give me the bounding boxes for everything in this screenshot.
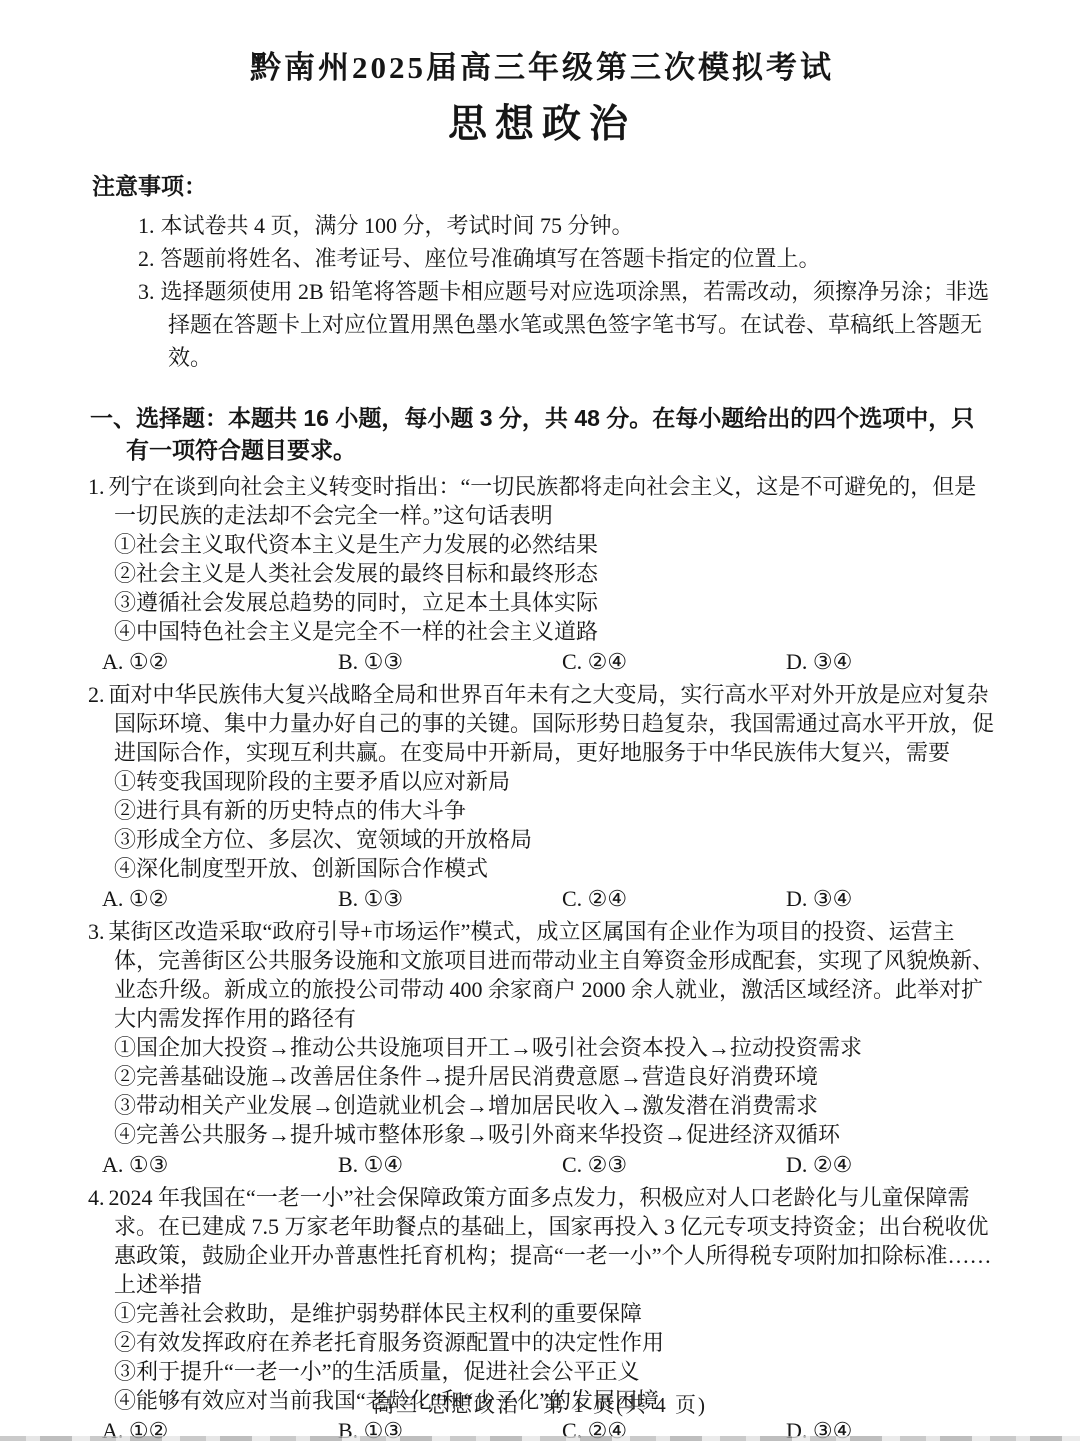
section-header-multiple-choice: 一、选择题：本题共 16 小题，每小题 3 分，共 48 分。在每小题给出的四个… <box>90 402 996 466</box>
statement-2: ②完善基础设施→改善居住条件→提升居民消费意愿→营造良好消费环境 <box>114 1062 996 1091</box>
statement-3: ③带动相关产业发展→创造就业机会→增加居民收入→激发潜在消费需求 <box>114 1091 996 1120</box>
question-3: 3.某街区改造采取“政府引导+市场运作”模式，成立区属国有企业作为项目的投资、运… <box>88 917 996 1180</box>
question-stem-text: 某街区改造采取“政府引导+市场运作”模式，成立区属国有企业作为项目的投资、运营主… <box>109 919 995 1031</box>
answer-options-row: A. ①② B. ①③ C. ②④ D. ③④ <box>102 883 996 914</box>
statement-2: ②社会主义是人类社会发展的最终目标和最终形态 <box>114 559 996 588</box>
statement-2: ②有效发挥政府在养老托育服务资源配置中的决定性作用 <box>114 1328 996 1357</box>
statement-4: ④深化制度型开放、创新国际合作模式 <box>114 854 996 883</box>
notice-text: 答题前将姓名、准考证号、座位号准确填写在答题卡指定的位置上。 <box>161 246 821 271</box>
subject-title: 思想政治 <box>88 102 996 148</box>
option-b: B. ①④ <box>338 1149 562 1180</box>
statement-1: ①社会主义取代资本主义是生产力发展的必然结果 <box>114 530 996 559</box>
notice-number: 3. <box>138 279 161 304</box>
notice-heading: 注意事项： <box>92 168 996 201</box>
notice-number: 2. <box>138 246 161 271</box>
statement-3: ③利于提升“一老一小”的生活质量，促进社会公平正义 <box>114 1357 996 1386</box>
exam-title: 黔南州2025届高三年级第三次模拟考试 <box>88 48 996 88</box>
question-1: 1.列宁在谈到向社会主义转变时指出：“一切民族都将走向社会主义，这是不可避免的，… <box>88 472 996 677</box>
option-c: C. ②④ <box>562 883 786 914</box>
question-stem: 4.2024 年我国在“一老一小”社会保障政策方面多点发力，积极应对人口老龄化与… <box>88 1183 996 1299</box>
question-stem: 3.某街区改造采取“政府引导+市场运作”模式，成立区属国有企业作为项目的投资、运… <box>88 917 996 1033</box>
option-c: C. ②③ <box>562 1149 786 1180</box>
option-d: D. ③④ <box>786 883 996 914</box>
answer-options-row: A. ①② B. ①③ C. ②④ D. ③④ <box>102 646 996 677</box>
option-d: D. ②④ <box>786 1149 996 1180</box>
answer-options-row: A. ①③ B. ①④ C. ②③ D. ②④ <box>102 1149 996 1180</box>
question-stem: 1.列宁在谈到向社会主义转变时指出：“一切民族都将走向社会主义，这是不可避免的，… <box>88 472 996 530</box>
notice-item-1: 1.本试卷共 4 页，满分 100 分，考试时间 75 分钟。 <box>138 209 996 242</box>
statement-3: ③形成全方位、多层次、宽领域的开放格局 <box>114 825 996 854</box>
statement-1: ①国企加大投资→推动公共设施项目开工→吸引社会资本投入→拉动投资需求 <box>114 1033 996 1062</box>
option-b: B. ①③ <box>338 883 562 914</box>
notice-number: 1. <box>138 213 161 238</box>
page-footer: 高三·思想政治 第 1 页(共 4 页) <box>0 1389 1080 1419</box>
statement-4: ④完善公共服务→提升城市整体形象→吸引外商来华投资→促进经济双循环 <box>114 1120 996 1149</box>
question-number: 1. <box>88 474 109 499</box>
question-2: 2.面对中华民族伟大复兴战略全局和世界百年未有之大变局，实行高水平对外开放是应对… <box>88 680 996 914</box>
question-stem-text: 面对中华民族伟大复兴战略全局和世界百年未有之大变局，实行高水平对外开放是应对复杂… <box>109 682 995 765</box>
option-a: A. ①② <box>102 646 338 677</box>
exam-paper-page: 黔南州2025届高三年级第三次模拟考试 思想政治 注意事项： 1.本试卷共 4 … <box>0 0 1080 1441</box>
option-c: C. ②④ <box>562 646 786 677</box>
question-number: 4. <box>88 1185 109 1210</box>
statement-1: ①转变我国现阶段的主要矛盾以应对新局 <box>114 767 996 796</box>
question-number: 2. <box>88 682 109 707</box>
option-a: A. ①② <box>102 883 338 914</box>
question-stem: 2.面对中华民族伟大复兴战略全局和世界百年未有之大变局，实行高水平对外开放是应对… <box>88 680 996 767</box>
statement-3: ③遵循社会发展总趋势的同时，立足本土具体实际 <box>114 588 996 617</box>
notice-text: 本试卷共 4 页，满分 100 分，考试时间 75 分钟。 <box>161 213 634 238</box>
notice-item-3: 3.选择题须使用 2B 铅笔将答题卡相应题号对应选项涂黑，若需改动，须擦净另涂；… <box>138 275 996 374</box>
option-a: A. ①③ <box>102 1149 338 1180</box>
option-d: D. ③④ <box>786 646 996 677</box>
question-stem-text: 列宁在谈到向社会主义转变时指出：“一切民族都将走向社会主义，这是不可避免的，但是… <box>109 474 977 528</box>
statement-4: ④中国特色社会主义是完全不一样的社会主义道路 <box>114 617 996 646</box>
statement-2: ②进行具有新的历史特点的伟大斗争 <box>114 796 996 825</box>
question-number: 3. <box>88 919 109 944</box>
scan-edge-artifact <box>0 1436 1080 1441</box>
option-b: B. ①③ <box>338 646 562 677</box>
page-content: 黔南州2025届高三年级第三次模拟考试 思想政治 注意事项： 1.本试卷共 4 … <box>0 0 1080 1441</box>
notice-item-2: 2.答题前将姓名、准考证号、座位号准确填写在答题卡指定的位置上。 <box>138 242 996 275</box>
question-stem-text: 2024 年我国在“一老一小”社会保障政策方面多点发力，积极应对人口老龄化与儿童… <box>109 1185 992 1297</box>
notice-text: 选择题须使用 2B 铅笔将答题卡相应题号对应选项涂黑，若需改动，须擦净另涂；非选… <box>161 279 990 370</box>
statement-1: ①完善社会救助，是维护弱势群体民主权利的重要保障 <box>114 1299 996 1328</box>
